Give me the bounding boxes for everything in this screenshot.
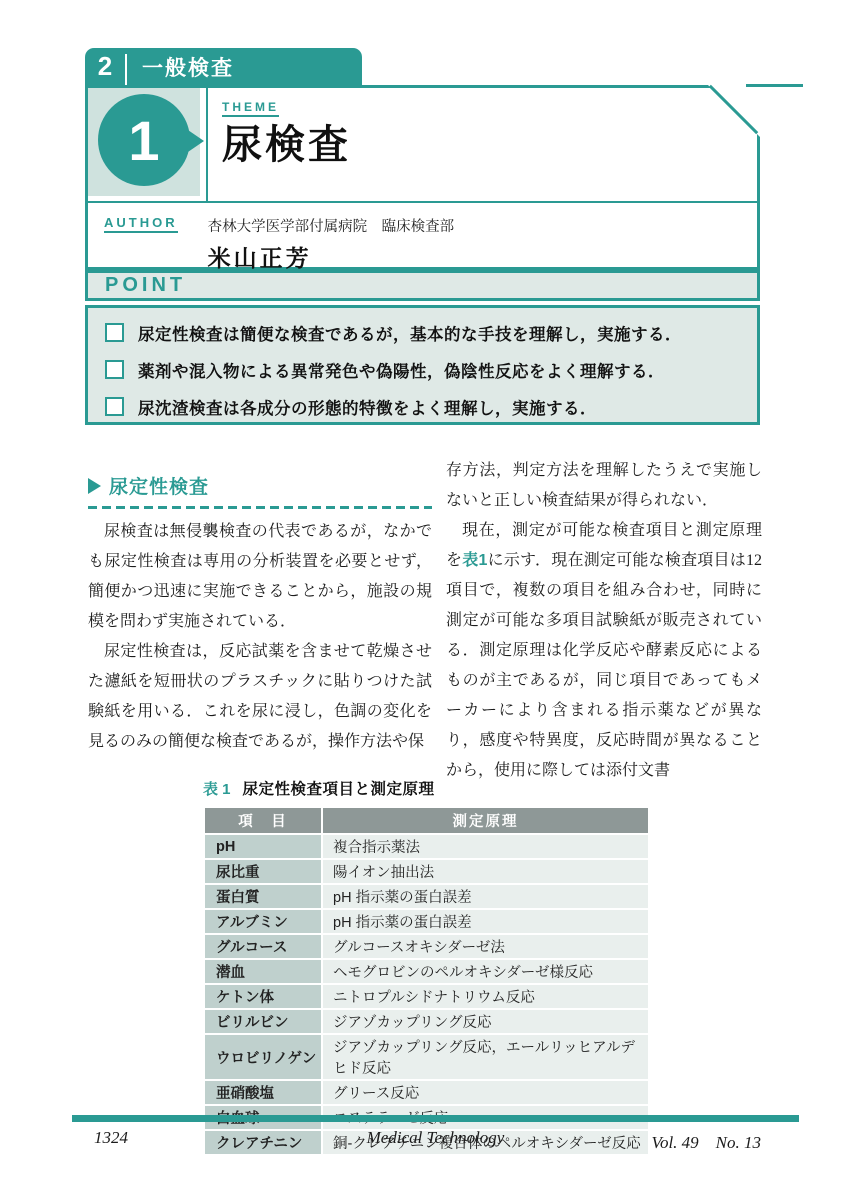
table-cell: pH (205, 835, 321, 858)
footer-volume: Vol. 49 No. 13 (651, 1128, 761, 1153)
table-row: ビリルビンジアゾカップリング反応 (205, 1010, 648, 1033)
author-info: 杏林大学医学部付属病院 臨床検査部 米山正芳 (208, 215, 455, 267)
table-header-cell: 項 目 (205, 808, 321, 833)
table-cell: 尿比重 (205, 860, 321, 883)
table-cell: 複合指示薬法 (323, 835, 648, 858)
dashed-rule (88, 506, 432, 509)
table-row: ウロビリノゲンジアゾカップリング反応，エールリッヒアルデヒド反応 (205, 1035, 648, 1079)
point-item: 尿沈渣検査は各成分の形態的特徴をよく理解し，実施する． (105, 395, 743, 419)
point-item: 薬剤や混入物による異常発色や偽陽性，偽陰性反応をよく理解する． (105, 358, 743, 382)
checkbox-icon (105, 360, 124, 379)
table-cell: ビリルビン (205, 1010, 321, 1033)
page-title: 尿検査 (222, 123, 757, 167)
chapter-tab: 2 一般検査 (85, 48, 362, 85)
point-header: POINT (85, 270, 760, 301)
table-cell: ジアゾカップリング反応 (323, 1010, 648, 1033)
table-cell: ヘモグロビンのペルオキシダーゼ様反応 (323, 960, 648, 983)
paragraph: 尿定性検査は，反応試薬を含ませて乾燥させた濾紙を短冊状のプラスチックに貼りつけた… (88, 637, 432, 757)
theme-row: 1 THEME 尿検査 (88, 88, 757, 203)
tab-divider (125, 54, 127, 85)
author-name: 米山正芳 (208, 240, 455, 273)
table-header-cell: 測定原理 (323, 808, 648, 833)
chapter-number: 2 (85, 51, 125, 82)
author-row: AUTHOR 杏林大学医学部付属病院 臨床検査部 米山正芳 (88, 203, 757, 267)
table-cell: グリース反応 (323, 1081, 648, 1104)
chapter-label: 一般検査 (142, 52, 234, 82)
table-cell: グルコース (205, 935, 321, 958)
table-cell: 亜硝酸塩 (205, 1081, 321, 1104)
data-table: 項 目 測定原理 pH複合指示薬法 尿比重陽イオン抽出法 蛋白質pH 指示薬の蛋… (203, 806, 650, 1156)
point-label: POINT (105, 274, 186, 297)
table-row: グルコースグルコースオキシダーゼ法 (205, 935, 648, 958)
theme-label: THEME (222, 100, 279, 117)
body-right-column: 存方法，判定方法を理解したうえで実施しないと正しい検査結果が得られない． 現在，… (446, 456, 762, 786)
table-cell: ジアゾカップリング反応，エールリッヒアルデヒド反応 (323, 1035, 648, 1079)
table-cell: 蛋白質 (205, 885, 321, 908)
point-item-text: 尿定性検査は簡便な検査であるが，基本的な手技を理解し，実施する． (138, 321, 682, 345)
checkbox-icon (105, 397, 124, 416)
paragraph: 現在，測定が可能な検査項目と測定原理を表1に示す．現在測定可能な検査項目は12項… (446, 516, 762, 786)
footer-rule (72, 1115, 799, 1122)
theme-number-badge: 1 (98, 94, 190, 186)
table-reference: 表1 (462, 552, 487, 569)
point-item-text: 薬剤や混入物による異常発色や偽陽性，偽陰性反応をよく理解する． (138, 358, 665, 382)
table-row: 蛋白質pH 指示薬の蛋白誤差 (205, 885, 648, 908)
table-row: pH複合指示薬法 (205, 835, 648, 858)
table-row: 亜硝酸塩グリース反応 (205, 1081, 648, 1104)
table-caption-ref: 表 1 (203, 778, 231, 799)
body-text: 尿検査は無侵襲検査の代表であるが，なかでも尿定性検査は専用の分析装置を必要とせず… (88, 517, 432, 757)
theme-author-box: 1 THEME 尿検査 AUTHOR 杏林大学医学部付属病院 臨床検査部 米山正… (85, 85, 760, 270)
footer: 1324 Medical Technology Vol. 49 No. 13 (72, 1128, 799, 1152)
corner-accent-line (746, 84, 803, 87)
table-cell: ニトロプルシドナトリウム反応 (323, 985, 648, 1008)
table-row: アルブミンpH 指示薬の蛋白誤差 (205, 910, 648, 933)
body-columns: 尿定性検査 尿検査は無侵襲検査の代表であるが，なかでも尿定性検査は専用の分析装置… (88, 456, 762, 786)
point-item: 尿定性検査は簡便な検査であるが，基本的な手技を理解し，実施する． (105, 321, 743, 345)
table-cell: ケトン体 (205, 985, 321, 1008)
table-caption: 表 1 尿定性検査項目と測定原理 (203, 777, 650, 799)
triangle-marker-icon (88, 478, 101, 494)
section-heading: 尿定性検査 (88, 472, 432, 499)
body-text: 存方法，判定方法を理解したうえで実施しないと正しい検査結果が得られない． 現在，… (446, 456, 762, 786)
speech-bubble-tail-icon (185, 128, 204, 154)
paragraph: 尿検査は無侵襲検査の代表であるが，なかでも尿定性検査は専用の分析装置を必要とせず… (88, 517, 432, 637)
table-header-row: 項 目 測定原理 (205, 808, 648, 833)
table-cell: 潜血 (205, 960, 321, 983)
table-caption-title: 尿定性検査項目と測定原理 (243, 777, 435, 799)
table-row: 尿比重陽イオン抽出法 (205, 860, 648, 883)
table-row: ケトン体ニトロプルシドナトリウム反応 (205, 985, 648, 1008)
table-cell: pH 指示薬の蛋白誤差 (323, 910, 648, 933)
table-row: 潜血ヘモグロビンのペルオキシダーゼ様反応 (205, 960, 648, 983)
paragraph-text: に示す．現在測定可能な検査項目は12項目で，複数の項目を組み合わせ，同時に測定が… (446, 552, 762, 779)
journal-page: 2 一般検査 1 THEME 尿検査 AUTHOR 杏林大学医学部付属病院 臨床… (0, 0, 850, 1200)
section-title: 尿定性検査 (109, 472, 209, 499)
table-cell: アルブミン (205, 910, 321, 933)
table-cell: pH 指示薬の蛋白誤差 (323, 885, 648, 908)
point-item-text: 尿沈渣検査は各成分の形態的特徴をよく理解し，実施する． (138, 395, 597, 419)
body-left-column: 尿定性検査 尿検査は無侵襲検査の代表であるが，なかでも尿定性検査は専用の分析装置… (88, 456, 432, 786)
table1-block: 表 1 尿定性検査項目と測定原理 項 目 測定原理 pH複合指示薬法 尿比重陽イ… (203, 777, 650, 1156)
point-list: 尿定性検査は簡便な検査であるが，基本的な手技を理解し，実施する． 薬剤や混入物に… (85, 305, 760, 425)
checkbox-icon (105, 323, 124, 342)
table-cell: 陽イオン抽出法 (323, 860, 648, 883)
author-affiliation: 杏林大学医学部付属病院 臨床検査部 (208, 215, 455, 236)
theme-number-square: 1 (88, 88, 200, 196)
author-label: AUTHOR (104, 215, 178, 233)
paragraph: 存方法，判定方法を理解したうえで実施しないと正しい検査結果が得られない． (446, 456, 762, 516)
theme-content: THEME 尿検査 (206, 88, 757, 201)
table-cell: グルコースオキシダーゼ法 (323, 935, 648, 958)
table-cell: ウロビリノゲン (205, 1035, 321, 1079)
footer-page-number: 1324 (94, 1128, 128, 1148)
